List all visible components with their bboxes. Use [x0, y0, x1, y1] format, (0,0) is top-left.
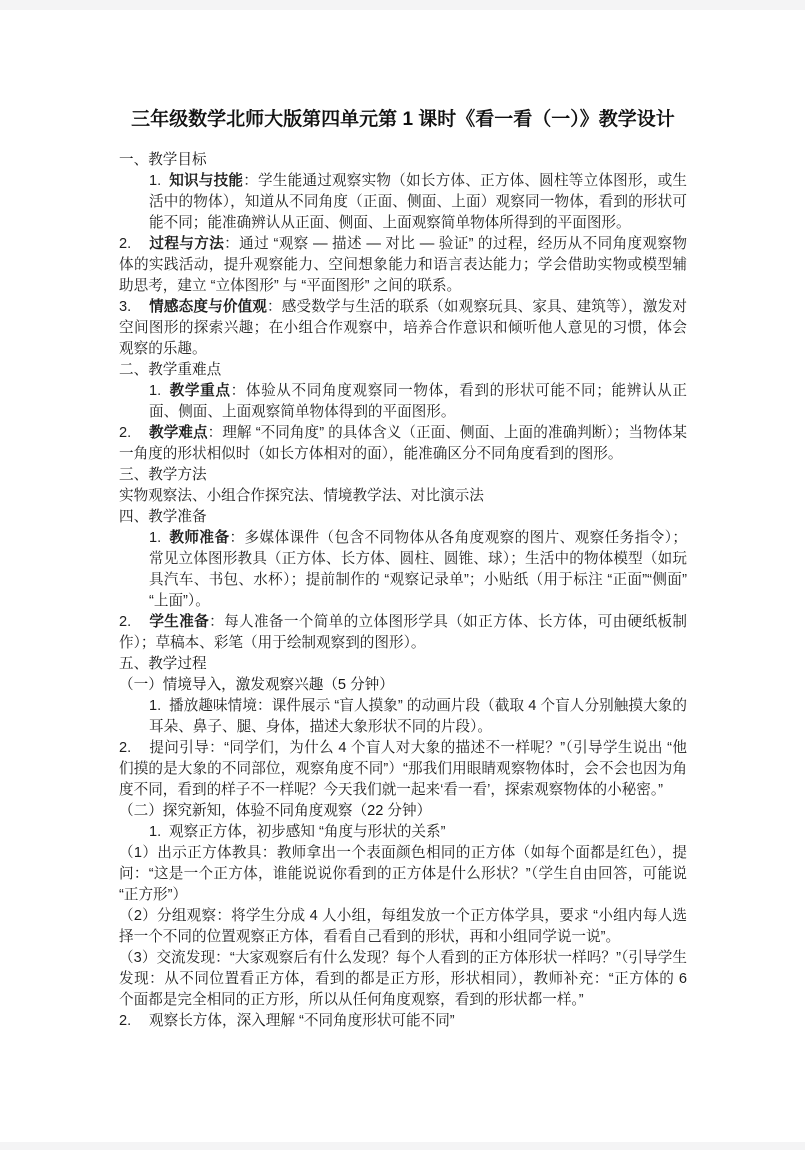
item-number: 2.	[119, 234, 149, 255]
item-text: 观察正方体，初步感知 “角度与形状的关系”	[169, 824, 445, 840]
paragraph: 2.观察长方体，深入理解 “不同角度形状可能不同”	[119, 1011, 687, 1032]
list-item: 1.播放趣味情境：课件展示 “盲人摸象” 的动画片段（截取 4 个盲人分别触摸大…	[119, 696, 687, 738]
item-label: 教学难点	[149, 425, 208, 441]
document-viewer: 三年级数学北师大版第四单元第 1 课时《看一看（一）》教学设计 一、教学目标1.…	[0, 0, 805, 1150]
page-title: 三年级数学北师大版第四单元第 1 课时《看一看（一）》教学设计	[119, 106, 687, 133]
item-text: （3）交流发现：“大家观察后有什么发现？每个人看到的正方体形状一样吗？”（引导学…	[119, 950, 687, 1008]
item-number: 2.	[119, 612, 149, 633]
item-label: 情感态度与价值观	[149, 299, 267, 315]
item-label: 教学重点	[169, 383, 231, 399]
item-text: ：体验从不同角度观察同一物体，看到的形状可能不同；能辨认从正面、侧面、上面观察简…	[149, 383, 687, 420]
item-text: ：多媒体课件（包含不同物体从各角度观察的图片、观察任务指令）；常见立体图形教具（…	[149, 530, 687, 609]
paragraph: （1）出示正方体教具：教师拿出一个表面颜色相同的正方体（如每个面都是红色），提问…	[119, 843, 687, 906]
item-number: 1.	[149, 822, 169, 843]
heading: 一、教学目标	[119, 150, 687, 171]
heading: （二）探究新知，体验不同角度观察（22 分钟）	[119, 801, 687, 822]
heading: 四、教学准备	[119, 507, 687, 528]
item-number: 1.	[149, 171, 169, 192]
list-item: 1.教学重点：体验从不同角度观察同一物体，看到的形状可能不同；能辨认从正面、侧面…	[119, 381, 687, 423]
item-number: 2.	[119, 423, 149, 444]
item-text: （2）分组观察：将学生分成 4 人小组，每组发放一个正方体学具，要求 “小组内每…	[119, 908, 687, 945]
document-page: 三年级数学北师大版第四单元第 1 课时《看一看（一）》教学设计 一、教学目标1.…	[0, 10, 805, 1142]
item-label: 教师准备	[169, 530, 229, 546]
document-content: 三年级数学北师大版第四单元第 1 课时《看一看（一）》教学设计 一、教学目标1.…	[0, 10, 805, 1032]
paragraph: 2.学生准备：每人准备一个简单的立体图形学具（如正方体、长方体，可由硬纸板制作）…	[119, 612, 687, 654]
item-number: 3.	[119, 297, 149, 318]
item-number: 1.	[149, 381, 169, 402]
paragraph: （2）分组观察：将学生分成 4 人小组，每组发放一个正方体学具，要求 “小组内每…	[119, 906, 687, 948]
item-text: （二）探究新知，体验不同角度观察（22 分钟）	[119, 803, 431, 819]
heading: （一）情境导入，激发观察兴趣（5 分钟）	[119, 675, 687, 696]
item-text: 实物观察法、小组合作探究法、情境教学法、对比演示法	[119, 488, 484, 504]
item-text: 二、教学重难点	[119, 362, 221, 378]
heading: 三、教学方法	[119, 465, 687, 486]
paragraph: （3）交流发现：“大家观察后有什么发现？每个人看到的正方体形状一样吗？”（引导学…	[119, 948, 687, 1011]
item-text: 一、教学目标	[119, 152, 207, 168]
heading: 二、教学重难点	[119, 360, 687, 381]
document-body: 一、教学目标1.知识与技能：学生能通过观察实物（如长方体、正方体、圆柱等立体图形…	[119, 150, 687, 1032]
item-text: 四、教学准备	[119, 509, 207, 525]
list-item: 1.知识与技能：学生能通过观察实物（如长方体、正方体、圆柱等立体图形，或生活中的…	[119, 171, 687, 234]
item-label: 过程与方法	[149, 236, 224, 252]
paragraph: 2.过程与方法：通过 “观察 — 描述 — 对比 — 验证” 的过程，经历从不同…	[119, 234, 687, 297]
item-label: 知识与技能	[169, 173, 243, 189]
paragraph: 实物观察法、小组合作探究法、情境教学法、对比演示法	[119, 486, 687, 507]
paragraph: 2.提问引导：“同学们，为什么 4 个盲人对大象的描述不一样呢？”（引导学生说出…	[119, 738, 687, 801]
list-item: 1.教师准备：多媒体课件（包含不同物体从各角度观察的图片、观察任务指令）；常见立…	[119, 528, 687, 612]
list-item: 1.观察正方体，初步感知 “角度与形状的关系”	[119, 822, 687, 843]
paragraph: 2.教学难点：理解 “不同角度” 的具体含义（正面、侧面、上面的准确判断）；当物…	[119, 423, 687, 465]
item-number: 1.	[149, 528, 169, 549]
item-number: 2.	[119, 1011, 149, 1032]
item-text: 三、教学方法	[119, 467, 207, 483]
heading: 五、教学过程	[119, 654, 687, 675]
item-text: （一）情境导入，激发观察兴趣（5 分钟）	[119, 677, 394, 693]
item-text: 观察长方体，深入理解 “不同角度形状可能不同”	[149, 1013, 455, 1029]
item-text: 播放趣味情境：课件展示 “盲人摸象” 的动画片段（截取 4 个盲人分别触摸大象的…	[149, 698, 687, 735]
item-text: 提问引导：“同学们，为什么 4 个盲人对大象的描述不一样呢？”（引导学生说出 “…	[119, 740, 687, 798]
paragraph: 3.情感态度与价值观：感受数学与生活的联系（如观察玩具、家具、建筑等），激发对空…	[119, 297, 687, 360]
item-label: 学生准备	[149, 614, 209, 630]
item-number: 1.	[149, 696, 169, 717]
item-text: （1）出示正方体教具：教师拿出一个表面颜色相同的正方体（如每个面都是红色），提问…	[119, 845, 687, 903]
item-text: 五、教学过程	[119, 656, 207, 672]
item-number: 2.	[119, 738, 149, 759]
